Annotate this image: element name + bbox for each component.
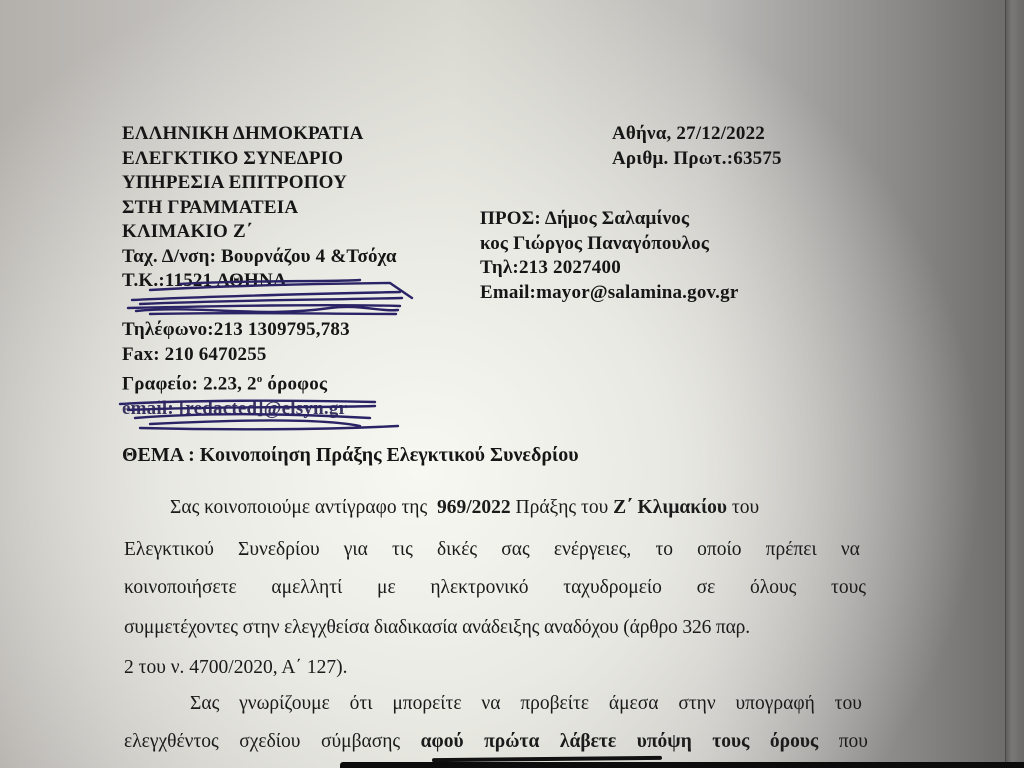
p1-l1-e: του bbox=[732, 497, 759, 518]
word: με bbox=[377, 570, 396, 606]
word: ενέργειες, bbox=[554, 532, 631, 568]
recipient-block: ΠΡΟΣ: Δήμος Σαλαμίνος κος Γιώργος Παναγό… bbox=[480, 207, 738, 305]
word: όρους bbox=[770, 724, 818, 760]
word: σας bbox=[501, 532, 529, 568]
to-label: ΠΡΟΣ: bbox=[480, 208, 541, 229]
word: το bbox=[655, 532, 673, 568]
word: τις bbox=[392, 532, 413, 568]
word: ταχυδρομείο bbox=[563, 570, 662, 606]
word: σύμβασης bbox=[321, 724, 400, 760]
date-protocol-block: Αθήνα, 27/12/2022 Αριθμ. Πρωτ.:63575 bbox=[612, 122, 782, 171]
word: να bbox=[841, 532, 860, 568]
word: γνωρίζουμε bbox=[239, 686, 330, 722]
word: δικές bbox=[437, 532, 477, 568]
chamber-name: Ζ΄ Κλιμακίου bbox=[613, 497, 727, 518]
word: αφού bbox=[421, 724, 464, 760]
sender-address: Ταχ. Δ/νση: Βουρνάζου 4 &Τσόχα bbox=[122, 245, 397, 270]
word: σε bbox=[697, 570, 716, 606]
sender-line-court: ΕΛΕΓΚΤΙΚΟ ΣΥΝΕΔΡΙΟ bbox=[122, 147, 397, 172]
word: τους bbox=[712, 724, 749, 760]
recipient-email: Email:mayor@salamina.gov.gr bbox=[480, 281, 738, 306]
p1-line1: Σας κοινοποιούμε αντίγραφο της 969/2022 … bbox=[170, 490, 759, 526]
office-prefix: Γραφείο: 2.23, 2 bbox=[122, 373, 257, 394]
p1-l1-a: Σας κοινοποιούμε αντίγραφο της bbox=[170, 497, 427, 518]
word: Σας bbox=[190, 686, 219, 722]
act-number: 969/2022 bbox=[437, 497, 511, 518]
p1-line2: ΕλεγκτικούΣυνεδρίουγιατιςδικέςσαςενέργει… bbox=[124, 532, 860, 568]
sender-line-secretariat: ΣΤΗ ΓΡΑΜΜΑΤΕΙΑ bbox=[122, 196, 397, 221]
sender-email-redacted: email: [redacted]@elsyn.gr bbox=[122, 397, 397, 422]
word: πρέπει bbox=[766, 532, 817, 568]
word: αμελλητί bbox=[271, 570, 342, 606]
to-value: Δήμος Σαλαμίνος bbox=[545, 208, 689, 229]
sender-postal: Τ.Κ.:11521 ΑΘΗΝΑ bbox=[122, 269, 397, 294]
word: ηλεκτρονικό bbox=[430, 570, 528, 606]
word: κοινοποιήσετε bbox=[124, 570, 237, 606]
word: που bbox=[839, 724, 868, 760]
word: υπογραφή bbox=[736, 686, 815, 722]
recipient-to: ΠΡΟΣ: Δήμος Σαλαμίνος bbox=[480, 207, 738, 232]
word: πρώτα bbox=[484, 724, 539, 760]
sender-block: ΕΛΛΗΝΙΚΗ ΔΗΜΟΚΡΑΤΙΑ ΕΛΕΓΚΤΙΚΟ ΣΥΝΕΔΡΙΟ Υ… bbox=[122, 122, 397, 421]
monitor-bezel-edge bbox=[1005, 0, 1024, 768]
word: ελεγχθέντος bbox=[124, 724, 219, 760]
sender-fax: Fax: 210 6470255 bbox=[122, 343, 397, 368]
recipient-person: κος Γιώργος Παναγόπουλος bbox=[480, 232, 738, 257]
word: σχεδίου bbox=[239, 724, 300, 760]
sender-phone: Τηλέφωνο:213 1309795,783 bbox=[122, 318, 397, 343]
word: τους bbox=[831, 570, 866, 606]
word: Συνεδρίου bbox=[238, 532, 320, 568]
word: του bbox=[835, 686, 862, 722]
p2-line2: ελεγχθέντοςσχεδίουσύμβασηςαφούπρώταλάβετ… bbox=[124, 724, 868, 760]
sender-office: Γραφείο: 2.23, 2ο όροφος bbox=[122, 367, 397, 397]
word: στην bbox=[678, 686, 715, 722]
p1-l1-c: Πράξης του bbox=[516, 497, 609, 518]
sender-line-chamber: ΚΛΙΜΑΚΙΟ Ζ΄ bbox=[122, 220, 397, 245]
office-suffix: όροφος bbox=[262, 373, 327, 394]
word: άμεσα bbox=[609, 686, 659, 722]
sender-line-country: ΕΛΛΗΝΙΚΗ ΔΗΜΟΚΡΑΤΙΑ bbox=[122, 122, 397, 147]
p1-line3: κοινοποιήσετεαμελλητίμεηλεκτρονικόταχυδρ… bbox=[124, 570, 866, 606]
sender-line-service: ΥΠΗΡΕΣΙΑ ΕΠΙΤΡΟΠΟΥ bbox=[122, 171, 397, 196]
monitor-bottom-shadow bbox=[340, 762, 1024, 768]
recipient-phone: Τηλ:213 2027400 bbox=[480, 256, 738, 281]
word: μπορείτε bbox=[392, 686, 461, 722]
date-line: Αθήνα, 27/12/2022 bbox=[612, 122, 782, 147]
word: όλους bbox=[750, 570, 796, 606]
p2-line1: Σαςγνωρίζουμεότιμπορείτεναπροβείτεάμεσασ… bbox=[190, 686, 862, 722]
word: υπόψη bbox=[637, 724, 692, 760]
sender-redacted-info: Πληροφορίες: [redacted] bbox=[122, 294, 397, 319]
word: λάβετε bbox=[560, 724, 616, 760]
word: προβείτε bbox=[520, 686, 589, 722]
word: οποίο bbox=[697, 532, 741, 568]
word: να bbox=[481, 686, 500, 722]
subject-line: ΘΕΜΑ : Κοινοποίηση Πράξης Ελεγκτικού Συν… bbox=[122, 444, 579, 467]
word: Ελεγκτικού bbox=[124, 532, 214, 568]
word: ότι bbox=[350, 686, 373, 722]
protocol-number: Αριθμ. Πρωτ.:63575 bbox=[612, 147, 782, 172]
p1-line4: συμμετέχοντες στην ελεγχθείσα διαδικασία… bbox=[124, 610, 750, 646]
p1-line5: 2 του ν. 4700/2020, Α΄ 127). bbox=[124, 650, 347, 686]
word: για bbox=[344, 532, 368, 568]
